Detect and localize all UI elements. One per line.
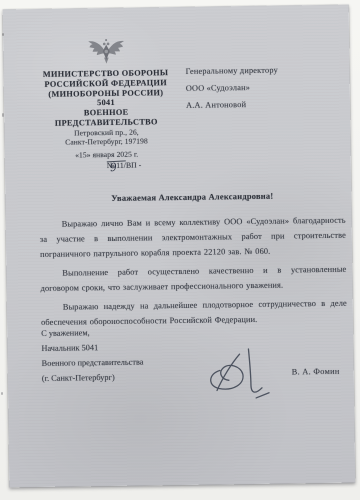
handwritten-signature-icon	[203, 346, 274, 405]
body-paragraph: Выражаю лично Вам и всему коллективу ООО…	[40, 213, 347, 262]
body-paragraph: Выполнение работ осуществлено качественн…	[40, 262, 346, 296]
scan-speck	[1, 392, 3, 395]
number-underline	[107, 159, 126, 162]
signer-name: В. А. Фомин	[292, 367, 340, 377]
salutation: Уважаемая Александра Александровна!	[39, 190, 345, 204]
letter-body: Выражаю лично Вам и всему коллективу ООО…	[40, 213, 348, 334]
body-line: пограничного патрульного корабля проекта…	[40, 243, 346, 262]
letter-date: «15» января 2025 г.	[29, 149, 185, 161]
scan-speck	[2, 33, 4, 36]
recipient-block: Генеральному директору ООО «Судоэлан» А.…	[185, 61, 336, 114]
recipient-line: ООО «Судоэлан»	[186, 78, 336, 97]
double-headed-eagle-icon	[87, 34, 125, 67]
body-line: договором сроки, что заслуживает професс…	[40, 277, 346, 296]
sender-letterhead: МИНИСТЕРСТВО ОБОРОНЫ РОССИЙСКОЙ ФЕДЕРАЦИ…	[28, 68, 185, 162]
scanned-letter-paper: МИНИСТЕРСТВО ОБОРОНЫ РОССИЙСКОЙ ФЕДЕРАЦИ…	[3, 5, 356, 488]
recipient-line: А.А. Антоновой	[186, 95, 336, 114]
recipient-line: Генеральному директору	[185, 61, 335, 80]
scan-speck	[2, 113, 4, 117]
